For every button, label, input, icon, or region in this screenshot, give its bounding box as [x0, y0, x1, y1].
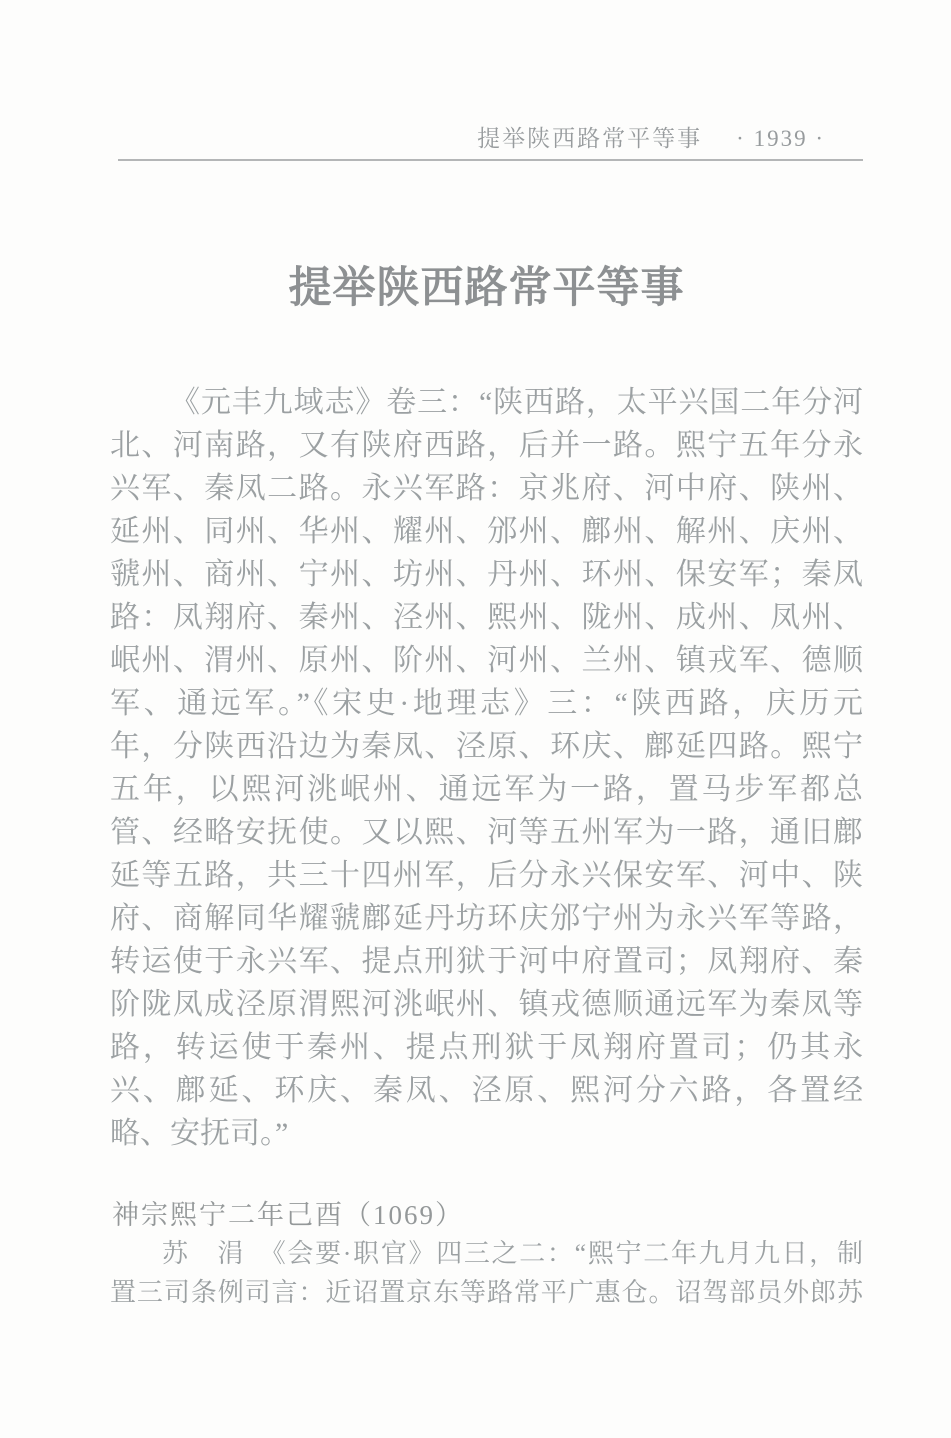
text-line: 军、通远军。”《宋史·地理志》三：“陕西路，庆历元: [110, 682, 863, 725]
header-divider: [118, 159, 863, 161]
text-line: 《元丰九域志》卷三：“陕西路，太平兴国二年分河: [110, 381, 863, 424]
text-line: 延州、同州、华州、耀州、邠州、鄜州、解州、庆州、: [110, 510, 863, 553]
text-line: 苏 涓 《会要·职官》四三之二：“熙宁二年九月九日，制: [110, 1234, 863, 1273]
text-line: 阶陇凤成泾原渭熙河洮岷州、镇戎德顺通远军为秦凤等: [110, 983, 863, 1026]
book-page-scan: 提举陕西路常平等事 · 1939 · 提举陕西路常平等事 《元丰九域志》卷三：“…: [0, 0, 951, 1438]
page-number: · 1939 ·: [736, 126, 825, 152]
main-paragraph: 《元丰九域志》卷三：“陕西路，太平兴国二年分河 北、河南路，又有陕府西路，后并一…: [110, 381, 863, 1155]
text-line: 虢州、商州、宁州、坊州、丹州、环州、保安军；秦凤: [110, 553, 863, 596]
text-line: 路：凤翔府、秦州、泾州、熙州、陇州、成州、凤州、: [110, 596, 863, 639]
running-header: 提举陕西路常平等事 · 1939 ·: [110, 120, 863, 153]
text-line: 管、经略安抚使。又以熙、河等五州军为一路，通旧鄜: [110, 811, 863, 854]
entry-paragraph: 苏 涓 《会要·职官》四三之二：“熙宁二年九月九日，制 置三司条例司言：近诏置京…: [110, 1234, 863, 1312]
text-line: 年，分陕西沿边为秦凤、泾原、环庆、鄜延四路。熙宁: [110, 725, 863, 768]
text-line: 兴军、秦凤二路。永兴军路：京兆府、河中府、陕州、: [110, 467, 863, 510]
text-line: 北、河南路，又有陕府西路，后并一路。熙宁五年分永: [110, 424, 863, 467]
text-line: 路，转运使于秦州、提点刑狱于凤翔府置司；仍其永: [110, 1026, 863, 1069]
text-line: 略、安抚司。”: [110, 1112, 863, 1155]
running-header-title: 提举陕西路常平等事: [477, 120, 702, 153]
text-line: 府、商解同华耀虢鄜延丹坊环庆邠宁州为永兴军等路，: [110, 897, 863, 940]
year-section-heading: 神宗熙宁二年己酉（1069）: [112, 1193, 464, 1232]
text-line: 延等五路，共三十四州军，后分永兴保安军、河中、陕: [110, 854, 863, 897]
text-line: 岷州、渭州、原州、阶州、河州、兰州、镇戎军、德顺: [110, 639, 863, 682]
text-line: 五年，以熙河洮岷州、通远军为一路，置马步军都总: [110, 768, 863, 811]
text-line: 置三司条例司言：近诏置京东等路常平广惠仓。诏驾部员外郎苏: [110, 1273, 863, 1312]
article-title: 提举陕西路常平等事: [110, 254, 863, 315]
text-line: 转运使于永兴军、提点刑狱于河中府置司；凤翔府、秦: [110, 940, 863, 983]
text-line: 兴、鄜延、环庆、秦凤、泾原、熙河分六路，各置经: [110, 1069, 863, 1112]
